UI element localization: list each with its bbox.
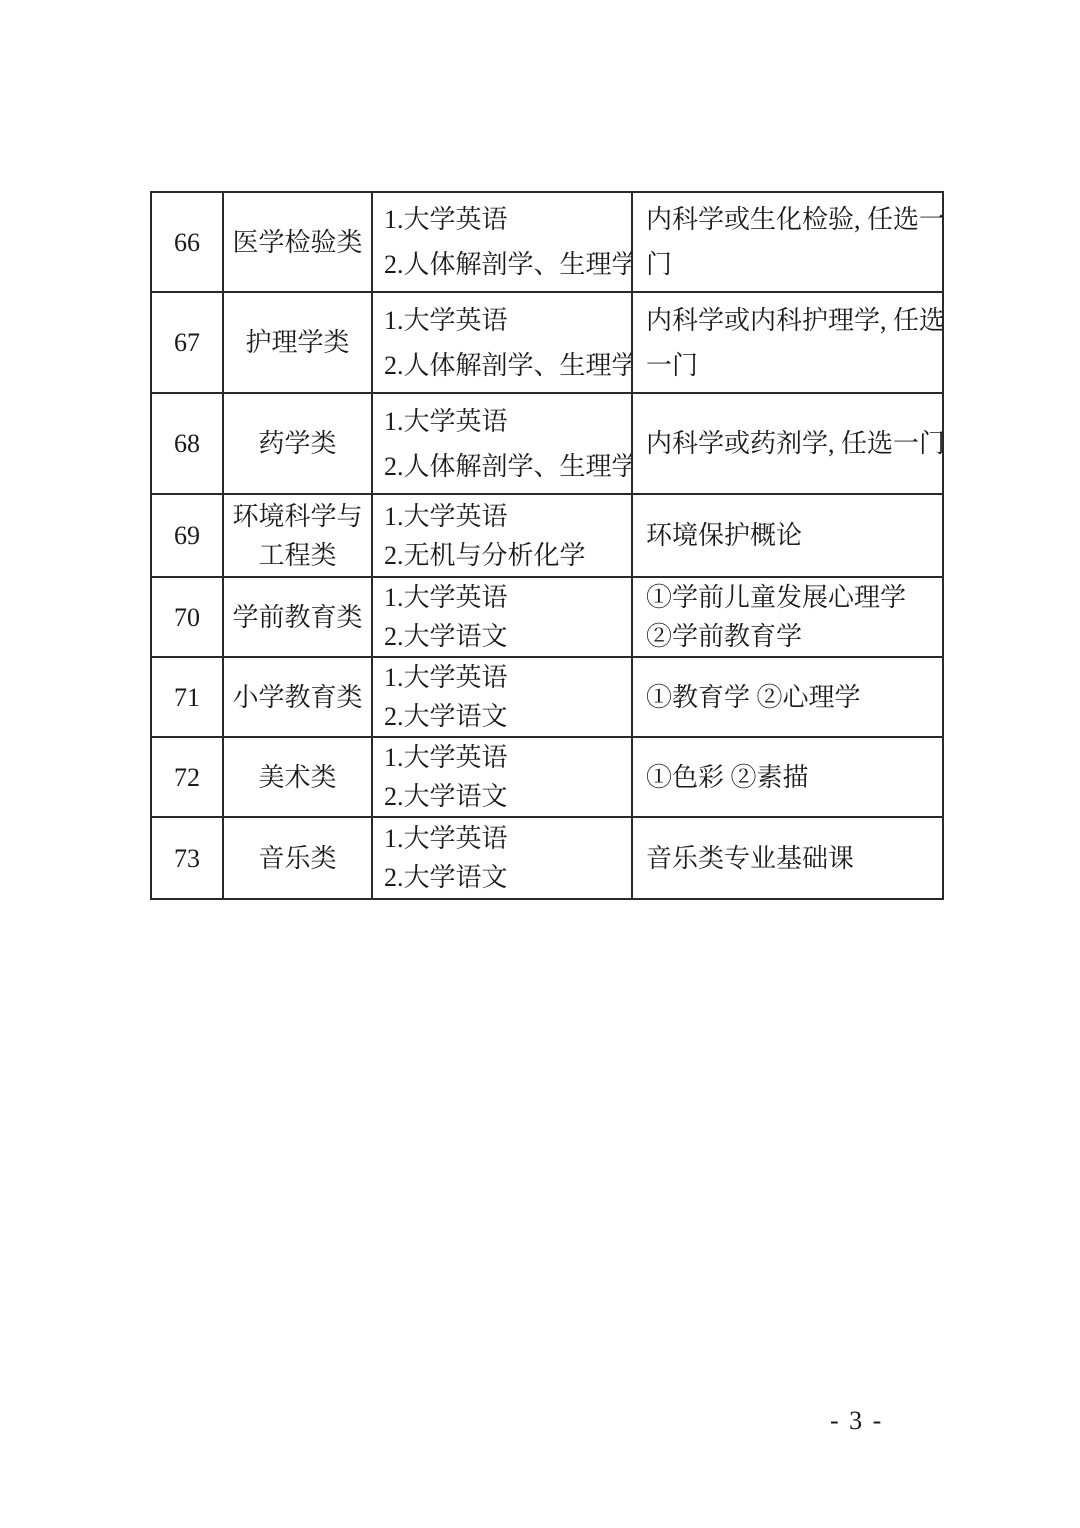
row-number-cell: 73 <box>152 818 224 900</box>
row-number-cell: 70 <box>152 578 224 658</box>
row-number-cell: 68 <box>152 394 224 495</box>
table-row: 73 音乐类 1.大学英语2.大学语文 音乐类专业基础课 <box>152 818 944 900</box>
row-number-cell: 69 <box>152 495 224 578</box>
table-row: 69 环境科学与工程类 1.大学英语2.无机与分析化学 环境保护概论 <box>152 495 944 578</box>
electives-cell: ①学前儿童发展心理学②学前教育学 <box>633 578 944 658</box>
category-cell: 小学教育类 <box>224 658 373 738</box>
exam-subjects-table: 66 医学检验类 1.大学英语2.人体解剖学、生理学 内科学或生化检验, 任选一… <box>150 191 944 900</box>
category-cell: 学前教育类 <box>224 578 373 658</box>
table-row: 67 护理学类 1.大学英语2.人体解剖学、生理学 内科学或内科护理学, 任选一… <box>152 293 944 394</box>
courses-cell: 1.大学英语2.人体解剖学、生理学 <box>373 293 633 394</box>
courses-cell: 1.大学英语2.大学语文 <box>373 578 633 658</box>
table-row: 70 学前教育类 1.大学英语2.大学语文 ①学前儿童发展心理学②学前教育学 <box>152 578 944 658</box>
category-cell: 音乐类 <box>224 818 373 900</box>
electives-cell: ①教育学 ②心理学 <box>633 658 944 738</box>
page-number: - 3 - <box>830 1406 883 1436</box>
category-cell: 环境科学与工程类 <box>224 495 373 578</box>
table-row: 72 美术类 1.大学英语2.大学语文 ①色彩 ②素描 <box>152 738 944 818</box>
courses-cell: 1.大学英语2.人体解剖学、生理学 <box>373 394 633 495</box>
category-cell: 美术类 <box>224 738 373 818</box>
electives-cell: 内科学或药剂学, 任选一门 <box>633 394 944 495</box>
category-cell: 医学检验类 <box>224 193 373 293</box>
table-row: 66 医学检验类 1.大学英语2.人体解剖学、生理学 内科学或生化检验, 任选一… <box>152 193 944 293</box>
electives-cell: 音乐类专业基础课 <box>633 818 944 900</box>
courses-cell: 1.大学英语2.人体解剖学、生理学 <box>373 193 633 293</box>
category-cell: 护理学类 <box>224 293 373 394</box>
electives-cell: 内科学或生化检验, 任选一门 <box>633 193 944 293</box>
courses-cell: 1.大学英语2.大学语文 <box>373 658 633 738</box>
category-cell: 药学类 <box>224 394 373 495</box>
courses-cell: 1.大学英语2.大学语文 <box>373 738 633 818</box>
row-number-cell: 71 <box>152 658 224 738</box>
courses-cell: 1.大学英语2.大学语文 <box>373 818 633 900</box>
table-row: 71 小学教育类 1.大学英语2.大学语文 ①教育学 ②心理学 <box>152 658 944 738</box>
row-number-cell: 67 <box>152 293 224 394</box>
courses-cell: 1.大学英语2.无机与分析化学 <box>373 495 633 578</box>
table-row: 68 药学类 1.大学英语2.人体解剖学、生理学 内科学或药剂学, 任选一门 <box>152 394 944 495</box>
electives-cell: 环境保护概论 <box>633 495 944 578</box>
row-number-cell: 72 <box>152 738 224 818</box>
electives-cell: ①色彩 ②素描 <box>633 738 944 818</box>
row-number-cell: 66 <box>152 193 224 293</box>
electives-cell: 内科学或内科护理学, 任选一门 <box>633 293 944 394</box>
